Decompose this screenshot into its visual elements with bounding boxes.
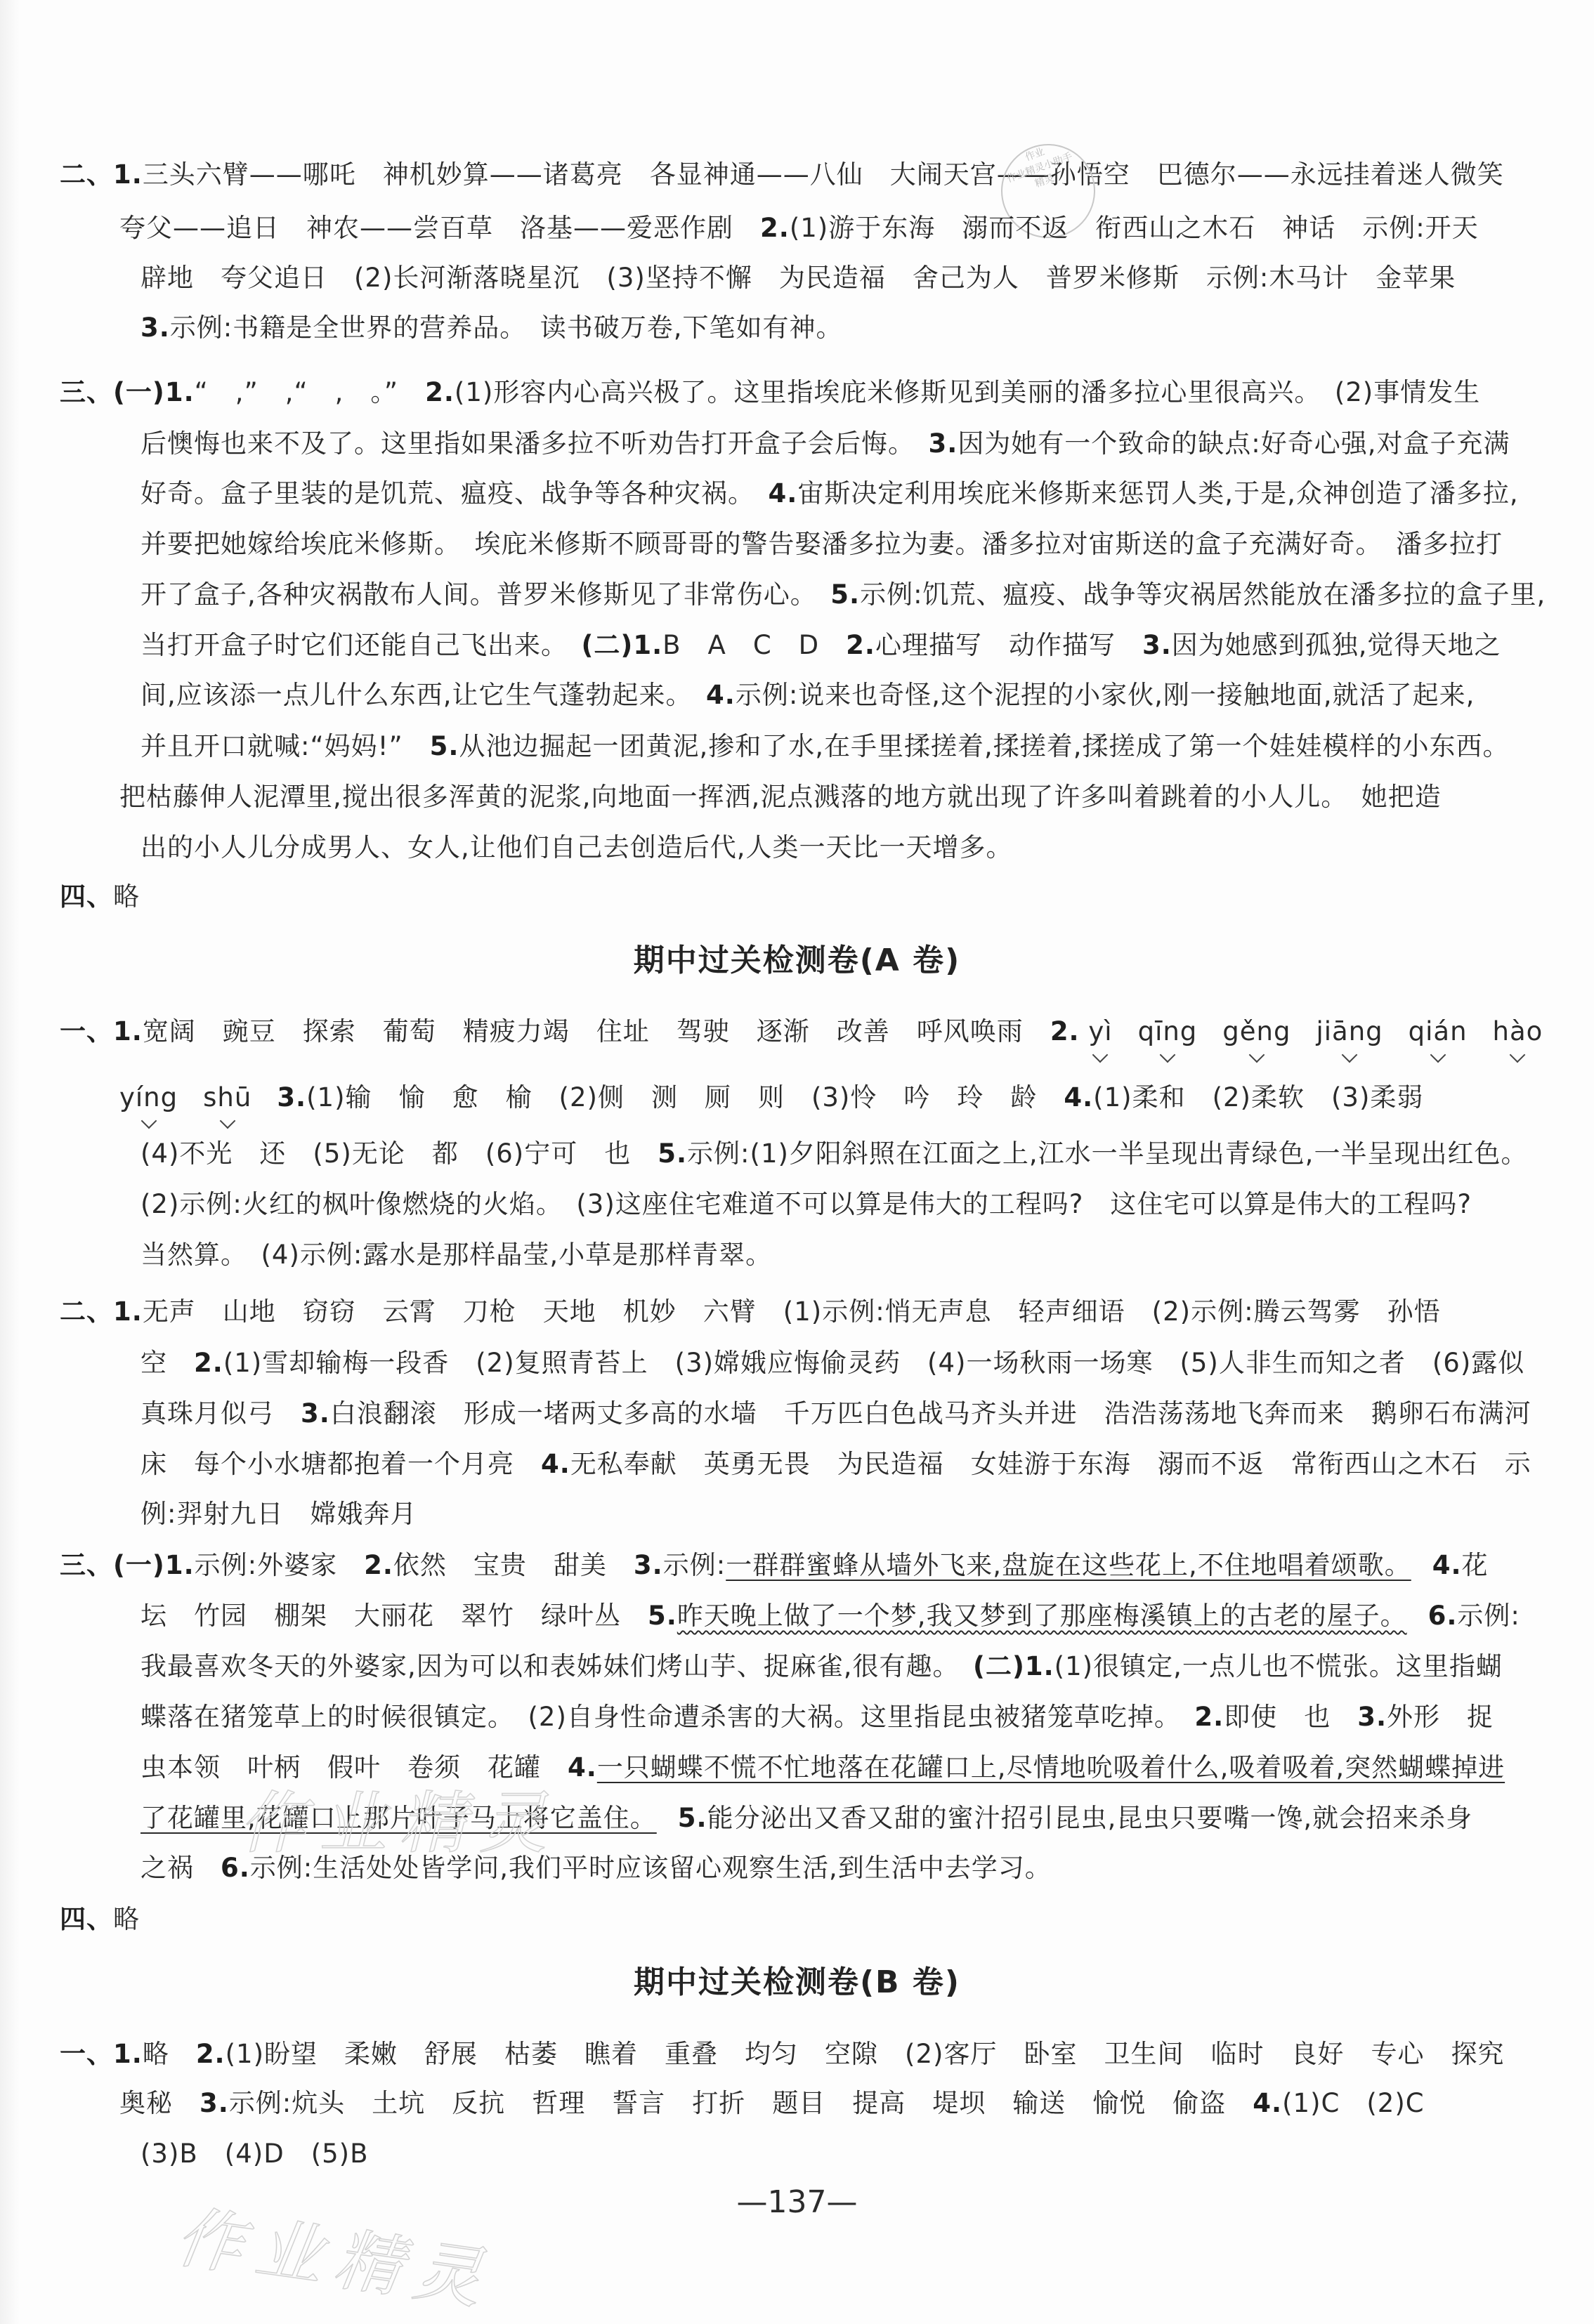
section-title-exam-a: 期中过关检测卷(A 卷) xyxy=(0,941,1594,980)
answer-line: 我最喜欢冬天的外婆家,因为可以和表姊妹们烤山芋、捉麻雀,很有趣。 (二)1.(1… xyxy=(141,1650,1475,1683)
answer-line: 之祸 6.示例:生活处处皆学问,我们平时应该留心观察生活,到生活中去学习。 xyxy=(141,1852,1475,1884)
answer-line: 空 2.(1)雪却输梅一段香 (2)复照青苔上 (3)嫦娥应悔偷灵药 (4)一场… xyxy=(141,1347,1475,1379)
answer-line: 二、1.三头六臂——哪吒 神机妙算——诸葛亮 各显神通——八仙 大闹天宫——孙悟… xyxy=(60,159,1394,191)
answer-line: 3.示例:书籍是全世界的营养品。 读书破万卷,下笔如有神。 xyxy=(141,312,1475,344)
wavy-underlined-answer: 昨天晚上做了一个梦,我又梦到了那座梅溪镇上的古老的屋子。 xyxy=(677,1601,1407,1631)
answer-line: 三、(一)1.“ ,” ,“ , 。” 2.(1)形容内心高兴极了。这里指埃庇米… xyxy=(60,376,1394,409)
answer-line: 后懊悔也来不及了。这里指如果潘多拉不听劝告打开盒子会后悔。 3.因为她有一个致命… xyxy=(141,428,1475,460)
answer-line: (2)示例:火红的枫叶像燃烧的火焰。 (3)这座住宅难道不可以算是伟大的工程吗?… xyxy=(141,1188,1475,1221)
answer-line: 奥秘 3.示例:炕头 土坑 反抗 哲理 誓言 打折 题目 提高 堤坝 输送 愉悦… xyxy=(119,2087,1454,2120)
answer-line: 四、略 xyxy=(60,881,1394,913)
answer-line: 三、(一)1.示例:外婆家 2.依然 宝贵 甜美 3.示例:一群群蜜蜂从墙外飞来… xyxy=(60,1549,1394,1582)
answer-line: (3)B (4)D (5)B xyxy=(141,2138,1475,2170)
answer-line: 出的小人儿分成男人、女人,让他们自己去创造后代,人类一天比一天增多。 xyxy=(141,832,1475,864)
answer-line: 一、1.宽阔 豌豆 探索 葡萄 精疲力竭 住址 驾驶 逐渐 改善 呼风唤雨 2.… xyxy=(60,1016,1394,1048)
answer-line: 把枯藤伸人泥潭里,搅出很多浑黄的泥浆,向地面一挥洒,泥点溅落的地方就出现了许多叫… xyxy=(119,781,1454,813)
answer-line: 开了盒子,各种灾祸散布人间。普罗米修斯见了非常伤心。 5.示例:饥荒、瘟疫、战争… xyxy=(141,579,1475,611)
answer-line: 床 每个小水塘都抱着一个月亮 4.无私奉献 英勇无畏 为民造福 女娃游于东海 溺… xyxy=(141,1448,1475,1481)
answer-line: 辟地 夸父追日 (2)长河渐落晓星沉 (3)坚持不懈 为民造福 舍己为人 普罗米… xyxy=(141,262,1475,294)
answer-line: 一、1.略 2.(1)盼望 柔嫩 舒展 枯萎 瞧着 重叠 均匀 空隙 (2)客厅… xyxy=(60,2038,1394,2070)
answer-line: 间,应该添一点儿什么东西,让它生气蓬勃起来。 4.示例:说来也奇怪,这个泥捏的小… xyxy=(141,679,1475,711)
answer-line: yíngshū3.(1)输 愉 愈 榆 (2)侧 测 厕 则 (3)怜 吟 玲 … xyxy=(119,1082,1454,1114)
underlined-answer: 一只蝴蝶不慌不忙地落在花罐口上,尽情地吮吸着什么,吸着吸着,突然蝴蝶掉进 xyxy=(597,1752,1505,1783)
answer-line: 坛 竹园 棚架 大丽花 翠竹 绿叶丛 5.昨天晚上做了一个梦,我又梦到了那座梅溪… xyxy=(141,1600,1475,1632)
underlined-answer: 一群群蜜蜂从墙外飞来,盘旋在这些花上,不住地唱着颂歌。 xyxy=(726,1550,1411,1580)
answer-line: 并要把她嫁给埃庇米修斯。 埃庇米修斯不顾哥哥的警告娶潘多拉为妻。潘多拉对宙斯送的… xyxy=(141,528,1475,560)
answer-line: 好奇。盒子里装的是饥荒、瘟疫、战争等各种灾祸。 4.宙斯决定利用埃庇米修斯来惩罚… xyxy=(141,478,1475,510)
answer-line: (4)不光 还 (5)无论 都 (6)宁可 也 5.示例:(1)夕阳斜照在江面之… xyxy=(141,1138,1475,1170)
answer-key-page: 二、1.三头六臂——哪吒 神机妙算——诸葛亮 各显神通——八仙 大闹天宫——孙悟… xyxy=(0,0,1594,2324)
answer-line: 真珠月似弓 3.白浪翻滚 形成一堵两丈多高的水墙 千万匹白色战马齐头并进 浩浩荡… xyxy=(141,1398,1475,1430)
answer-line: 例:羿射九日 嫦娥奔月 xyxy=(141,1498,1475,1530)
answer-line: 四、略 xyxy=(60,1903,1394,1936)
answer-line: 二、1.无声 山地 窃窃 云霄 刀枪 天地 机妙 六臂 (1)示例:悄无声息 轻… xyxy=(60,1296,1394,1328)
answer-line: 蝶落在猪笼草上的时候很镇定。 (2)自身性命遭杀害的大祸。这里指昆虫被猪笼草吃掉… xyxy=(141,1701,1475,1733)
answer-line: 当然算。 (4)示例:露水是那样晶莹,小草是那样青翠。 xyxy=(141,1239,1475,1271)
answer-line: 并且开口就喊:“妈妈!” 5.从池边掘起一团黄泥,掺和了水,在手里揉搓着,揉搓着… xyxy=(141,730,1475,763)
section-title-exam-b: 期中过关检测卷(B 卷) xyxy=(0,1963,1594,2002)
answer-line: 当打开盒子时它们还能自己飞出来。 (二)1.B A C D 2.心理描写 动作描… xyxy=(141,629,1475,662)
page-number: —137— xyxy=(0,2184,1594,2220)
answer-line: 夸父——追日 神农——尝百草 洛基——爱恶作剧 2.(1)游于东海 溺而不返 衔… xyxy=(119,212,1454,244)
